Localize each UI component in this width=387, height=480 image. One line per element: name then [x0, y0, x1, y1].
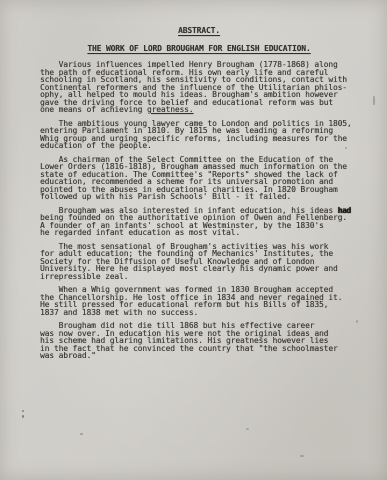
scan-speck — [22, 410, 24, 412]
scan-speck — [300, 455, 304, 457]
paragraph-2: The ambitious young lawyer came to Londo… — [40, 120, 358, 150]
abstract-heading: ABSTRACT. — [178, 26, 220, 35]
scan-speck — [356, 320, 358, 323]
scan-speck — [80, 433, 83, 435]
paragraph-1: Various influences impelled Henry Brough… — [40, 61, 358, 114]
paragraph-4-text-end: being founded on the authoritative opini… — [40, 213, 347, 237]
scan-speck — [345, 147, 347, 149]
document-text-column: ABSTRACT. THE WORK OF LORD BROUGHAM FOR … — [40, 27, 358, 366]
paragraph-7: Brougham did not die till 1868 but his e… — [40, 322, 358, 360]
abstract-heading-row: ABSTRACT. — [40, 27, 358, 35]
document-title: THE WORK OF LORD BROUGHAM FOR ENGLISH ED… — [40, 45, 358, 53]
scan-speck — [22, 415, 24, 418]
scan-speck — [246, 428, 249, 430]
scan-speck — [373, 96, 375, 105]
paragraph-4: Brougham was also interested in infant e… — [40, 207, 358, 237]
scanned-document-page: ABSTRACT. THE WORK OF LORD BROUGHAM FOR … — [0, 0, 387, 480]
paragraph-1-underlined-word: greatness. — [147, 105, 194, 114]
paragraph-3: As chairman of the Select Committee on t… — [40, 156, 358, 201]
paragraph-5: The most sensational of Brougham's activ… — [40, 243, 358, 281]
paragraph-6: When a Whig government was formed in 183… — [40, 286, 358, 316]
